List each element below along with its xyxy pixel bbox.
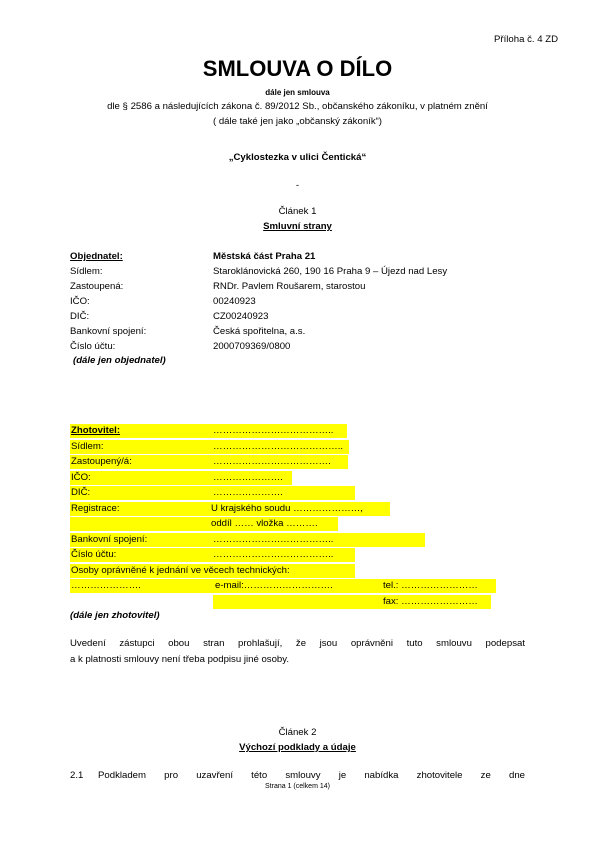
legal-note: ( dále také jen jako „občanský zákoník“) — [0, 116, 595, 127]
contractor-representative-field[interactable]: ………………………………. — [213, 456, 331, 467]
client-value: Městská část Praha 21 — [213, 251, 315, 262]
article-2-title: Výchozí podklady a údaje — [0, 742, 595, 753]
contractor-email-field[interactable]: e-mail:………………………. — [215, 580, 333, 591]
contractor-registration-label: Registrace: — [71, 503, 120, 514]
contractor-dic-label: DIČ: — [71, 487, 90, 498]
article-1-heading: Článek 1 — [0, 206, 595, 217]
contractor-ico-label: IČO: — [71, 472, 91, 483]
client-address-label: Sídlem: — [70, 266, 103, 277]
legal-basis: dle § 2586 a následujících zákona č. 89/… — [0, 101, 595, 112]
contractor-bank-field[interactable]: ……………………………….. — [213, 534, 333, 545]
contractor-ico-field[interactable]: …………………. — [213, 472, 283, 483]
contractor-tech-person-name-field[interactable]: …………………. — [71, 580, 141, 591]
contractor-address-field[interactable]: ………………………………….. — [213, 441, 343, 452]
client-ico-label: IČO: — [70, 296, 90, 307]
paragraph-2-1-text: Podkladem pro uzavření této smlouvy je n… — [98, 770, 525, 781]
contractor-registration-section-field[interactable]: oddíl …… vložka ………. — [211, 518, 318, 529]
article-2-heading: Článek 2 — [0, 727, 595, 738]
client-representative-value: RNDr. Pavlem Roušarem, starostou — [213, 281, 365, 292]
contractor-tel-field[interactable]: tel.: …………………… — [383, 580, 478, 591]
client-bank-value: Česká spořitelna, a.s. — [213, 326, 305, 337]
paragraph-2-1-number: 2.1 — [70, 770, 83, 781]
client-representative-label: Zastoupená: — [70, 281, 123, 292]
client-ico-value: 00240923 — [213, 296, 256, 307]
separator-dash: - — [0, 180, 595, 191]
contractor-account-label: Číslo účtu: — [71, 549, 116, 560]
page-number: Strana 1 (celkem 14) — [0, 783, 595, 790]
contractor-name-field[interactable]: ……………………………….. — [213, 425, 333, 436]
project-name: „Cyklostezka v ulici Čentická“ — [0, 152, 595, 163]
contractor-dic-field[interactable]: …………………. — [213, 487, 283, 498]
document-subtitle: dále jen smlouva — [0, 88, 595, 97]
statement-line-1: Uvedení zástupci obou stran prohlašují, … — [70, 638, 525, 649]
contractor-tech-persons-label: Osoby oprávněné k jednání ve věcech tech… — [71, 565, 290, 576]
client-dic-value: CZ00240923 — [213, 311, 268, 322]
contractor-registration-field[interactable]: U krajského soudu …………………, — [211, 503, 363, 514]
document-title: SMLOUVA O DÍLO — [0, 56, 595, 82]
contractor-fax-field[interactable]: fax: …………………… — [383, 596, 478, 607]
client-label: Objednatel: — [70, 251, 123, 262]
statement-line-2: a k platnosti smlouvy není třeba podpisu… — [70, 654, 289, 665]
contractor-address-label: Sídlem: — [71, 441, 104, 452]
contractor-note: (dále jen zhotovitel) — [70, 610, 160, 621]
contractor-bank-label: Bankovní spojení: — [71, 534, 147, 545]
contractor-label: Zhotovitel: — [71, 425, 120, 436]
client-address-value: Staroklánovická 260, 190 16 Praha 9 – Új… — [213, 266, 447, 277]
contractor-account-field[interactable]: ……………………………….. — [213, 549, 333, 560]
client-bank-label: Bankovní spojení: — [70, 326, 146, 337]
client-dic-label: DIČ: — [70, 311, 89, 322]
contractor-representative-label: Zastoupený/á: — [71, 456, 132, 467]
article-1-title: Smluvní strany — [0, 221, 595, 232]
client-account-label: Číslo účtu: — [70, 341, 115, 352]
client-note: (dále jen objednatel) — [73, 355, 166, 366]
client-account-value: 2000709369/0800 — [213, 341, 290, 352]
attachment-label: Příloha č. 4 ZD — [494, 34, 558, 45]
